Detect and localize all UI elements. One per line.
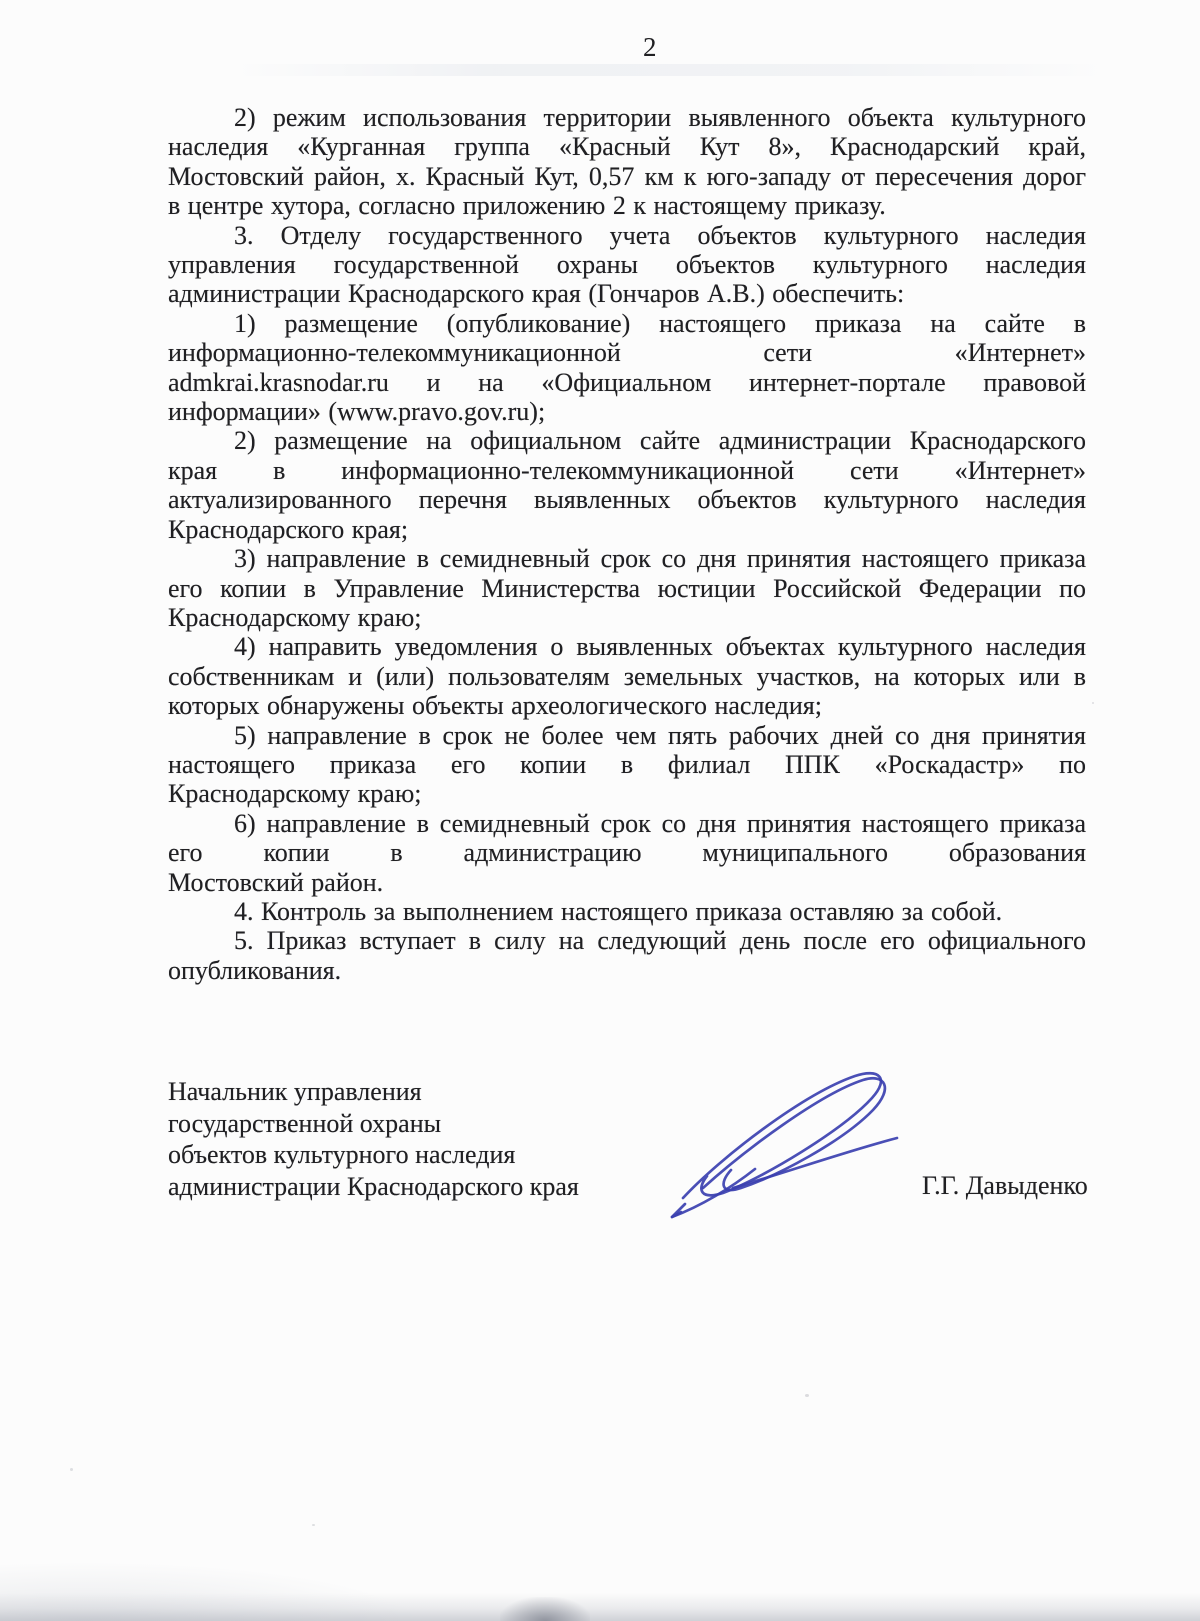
paragraph: 1) размещение (опубликование) настоящего… — [168, 309, 1086, 427]
signer-position-line: объектов культурного наследия — [168, 1139, 688, 1171]
text-line: 6) направление в семидневный срок со дня… — [168, 809, 1086, 838]
text-line: 4. Контроль за выполнением настоящего пр… — [168, 897, 1086, 926]
paragraph: 2) размещение на официальном сайте админ… — [168, 426, 1086, 544]
page-number: 2 — [0, 32, 1200, 62]
text-line: опубликования. — [168, 956, 1086, 985]
text-line: Краснодарскому краю; — [168, 779, 1086, 808]
document-page: 2 2) режим использования территории выяв… — [0, 0, 1200, 1621]
paragraph: 2) режим использования территории выявле… — [168, 103, 1086, 221]
document-body: 2) режим использования территории выявле… — [168, 103, 1086, 985]
paragraph: 6) направление в семидневный срок со дня… — [168, 809, 1086, 897]
text-line: наследия «Курганная группа «Красный Кут … — [168, 132, 1086, 161]
text-line: управления государственной охраны объект… — [168, 250, 1086, 279]
signer-position-line: государственной охраны — [168, 1108, 688, 1140]
text-line: 5. Приказ вступает в силу на следующий д… — [168, 926, 1086, 955]
text-line: 5) направление в срок не более чем пять … — [168, 721, 1086, 750]
text-line: 1) размещение (опубликование) настоящего… — [168, 309, 1086, 338]
signer-position-line: администрации Краснодарского края — [168, 1171, 688, 1203]
scan-artifact-smudge — [500, 1597, 590, 1621]
text-line: которых обнаружены объекты археологическ… — [168, 691, 1086, 720]
text-line: Мостовский район, х. Красный Кут, 0,57 к… — [168, 162, 1086, 191]
signer-position-line: Начальник управления — [168, 1076, 688, 1108]
scan-artifact-band — [0, 1593, 1200, 1621]
signer-name: Г.Г. Давыденко — [922, 1170, 1088, 1201]
text-line: края в информационно-телекоммуникационно… — [168, 456, 1086, 485]
handwritten-signature-icon — [645, 1066, 901, 1224]
text-line: 2) режим использования территории выявле… — [168, 103, 1086, 132]
text-line: настоящего приказа его копии в филиал ПП… — [168, 750, 1086, 779]
scan-speck — [312, 1524, 315, 1526]
text-line: его копии в Управление Министерства юсти… — [168, 574, 1086, 603]
text-line: 2) размещение на официальном сайте админ… — [168, 426, 1086, 455]
text-line: его копии в администрацию муниципального… — [168, 838, 1086, 867]
text-line: информации» (www.pravo.gov.ru); — [168, 397, 1086, 426]
text-line: Краснодарского края; — [168, 515, 1086, 544]
scan-speck — [70, 1468, 73, 1471]
scan-artifact-streak — [230, 64, 1110, 76]
text-line: администрации Краснодарского края (Гонча… — [168, 279, 1086, 308]
scan-speck — [1092, 702, 1094, 704]
paragraph: 4. Контроль за выполнением настоящего пр… — [168, 897, 1086, 926]
text-line: актуализированного перечня выявленных об… — [168, 485, 1086, 514]
text-line: информационно-телекоммуникационной сети … — [168, 338, 1086, 367]
signature-block: Начальник управления государственной охр… — [168, 1076, 688, 1202]
paragraph: 4) направить уведомления о выявленных об… — [168, 632, 1086, 720]
paragraph: 5. Приказ вступает в силу на следующий д… — [168, 926, 1086, 985]
text-line: 3. Отделу государственного учета объекто… — [168, 221, 1086, 250]
text-line: 4) направить уведомления о выявленных об… — [168, 632, 1086, 661]
text-line: Краснодарскому краю; — [168, 603, 1086, 632]
paragraph: 3. Отделу государственного учета объекто… — [168, 221, 1086, 309]
paragraph: 3) направление в семидневный срок со дня… — [168, 544, 1086, 632]
text-line: admkrai.krasnodar.ru и на «Официальном и… — [168, 368, 1086, 397]
text-line: собственникам и (или) пользователям земе… — [168, 662, 1086, 691]
text-line: в центре хутора, согласно приложению 2 к… — [168, 191, 1086, 220]
text-line: 3) направление в семидневный срок со дня… — [168, 544, 1086, 573]
paragraph: 5) направление в срок не более чем пять … — [168, 721, 1086, 809]
text-line: Мостовский район. — [168, 868, 1086, 897]
scan-speck — [805, 1394, 809, 1397]
